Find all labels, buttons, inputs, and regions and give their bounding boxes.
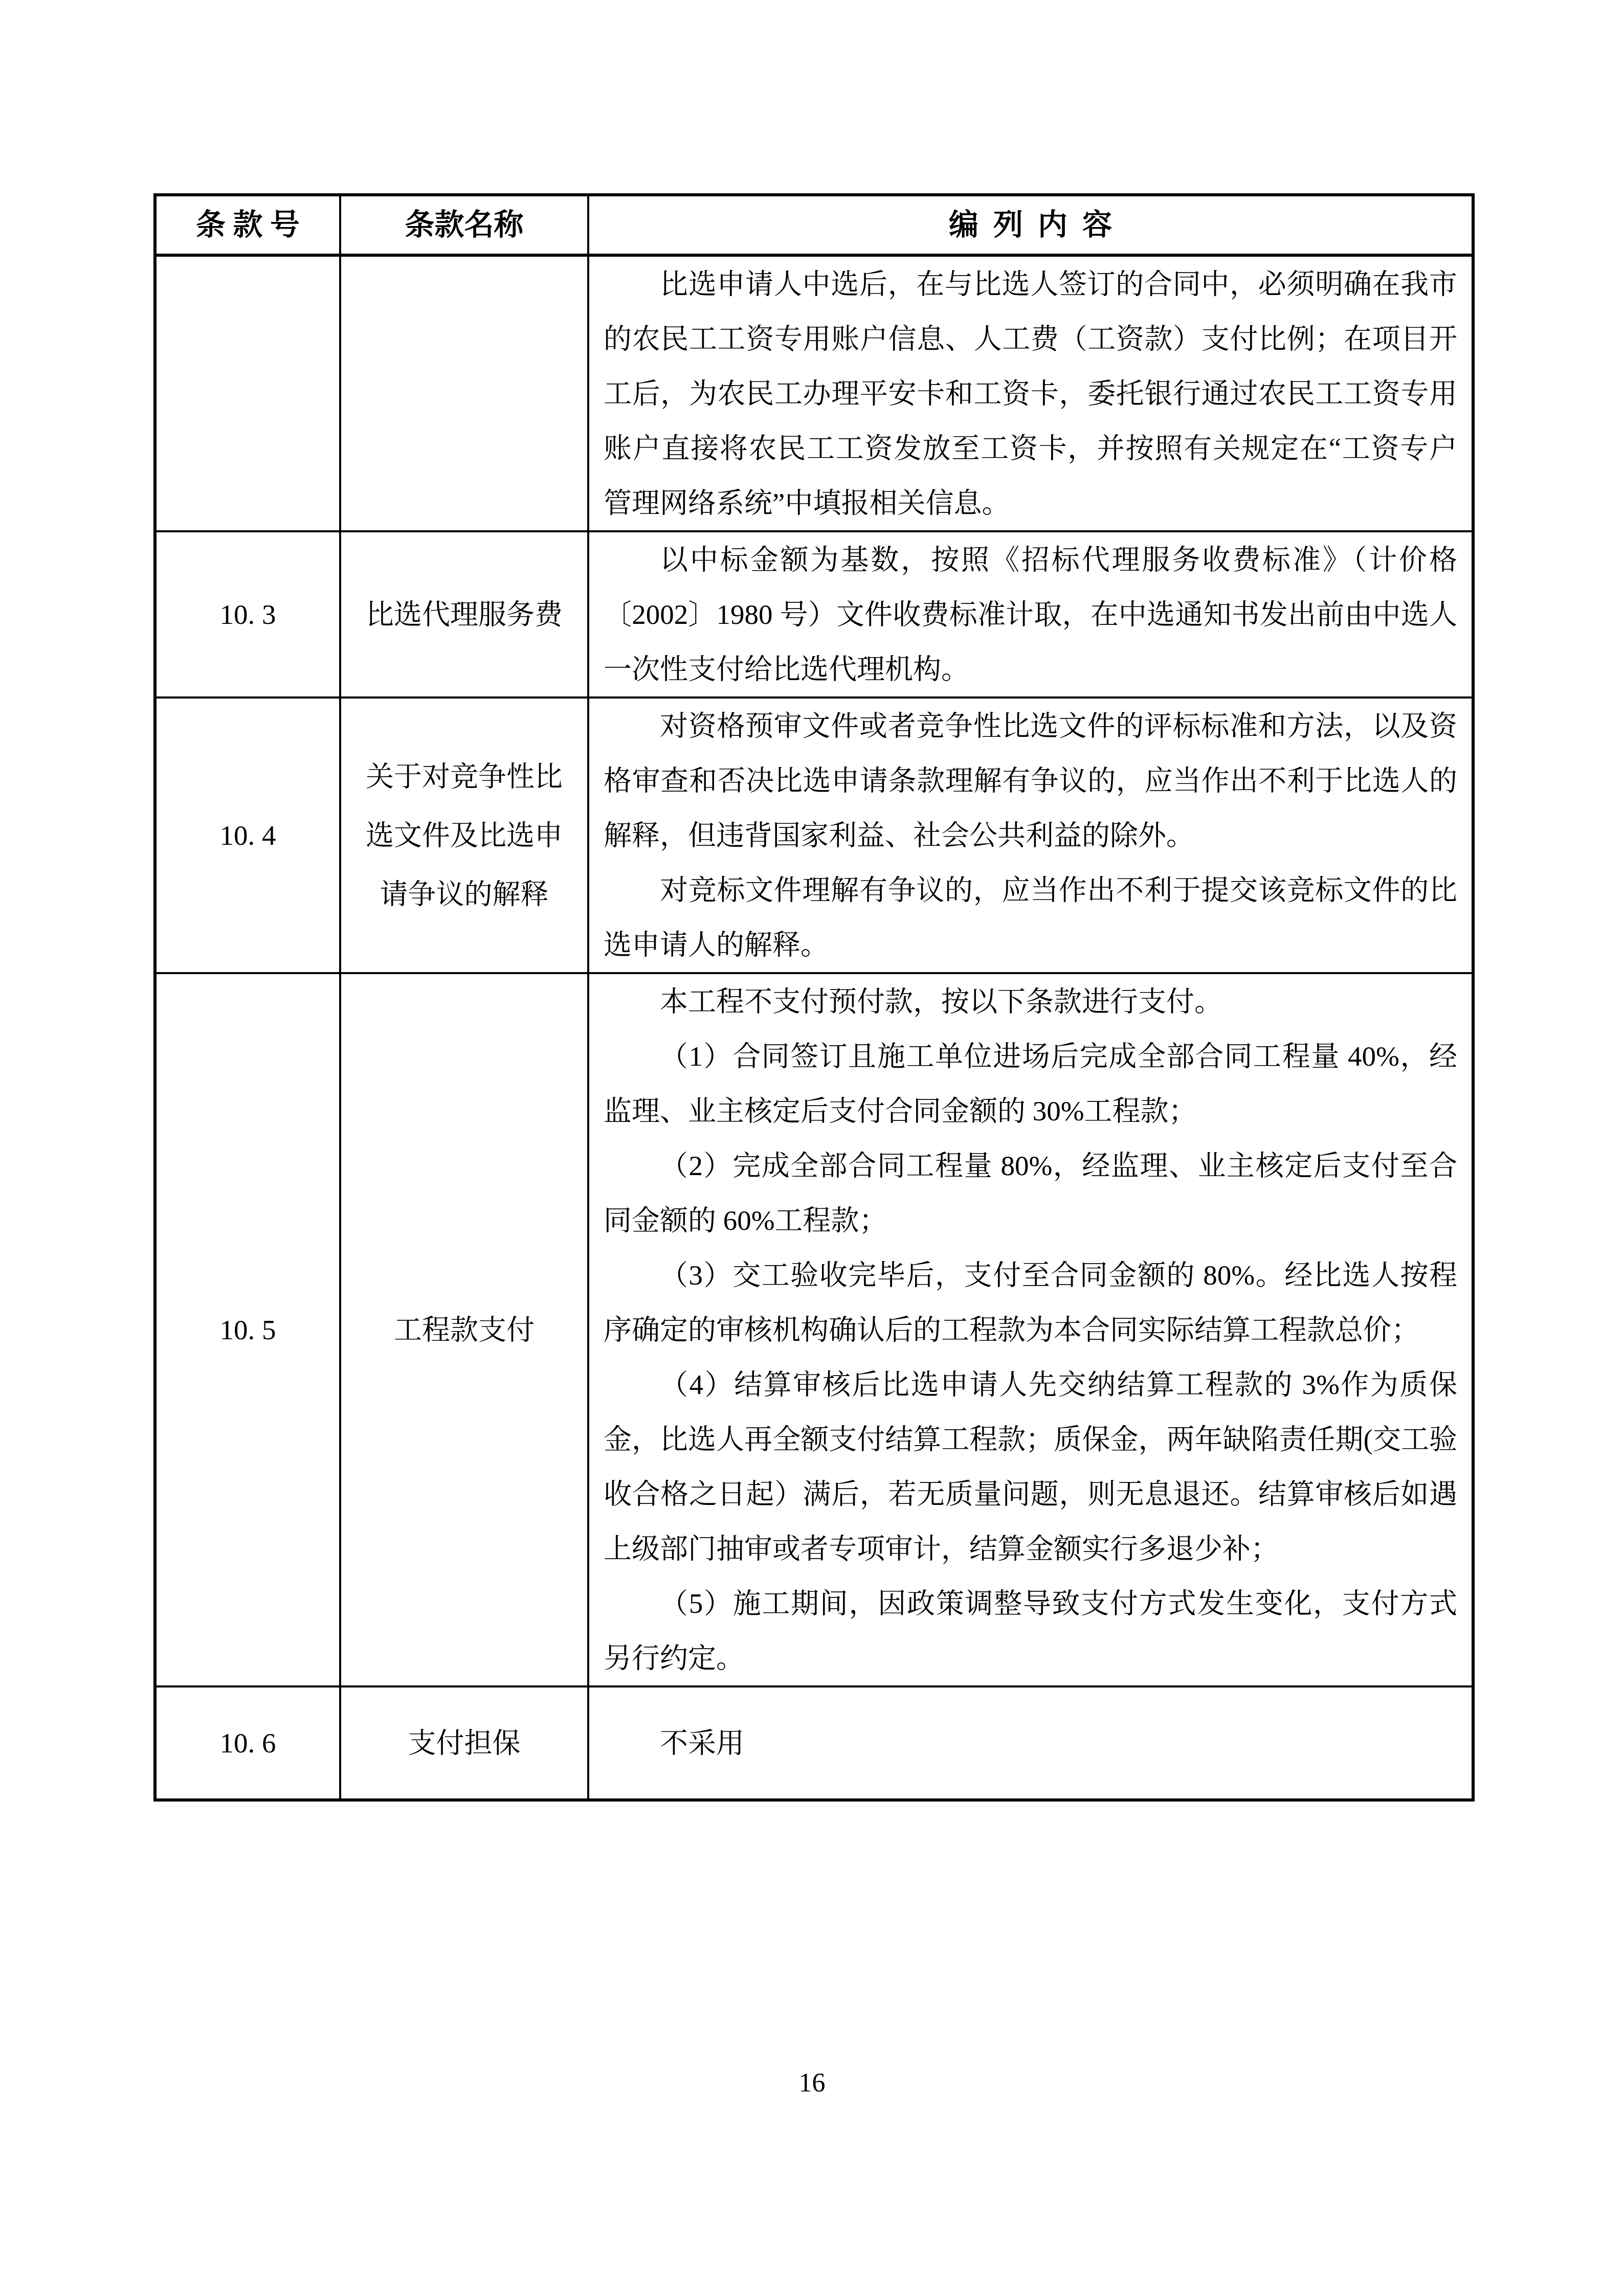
header-content: 编 列 内 容 — [588, 195, 1473, 255]
document-page: 条 款 号 条款名称 编 列 内 容 比选申请人中选后，在与比选人签订的合同中，… — [0, 0, 1624, 2296]
clause-name-cell: 关于对竞争性比选文件及比选申请争议的解释 — [340, 697, 588, 973]
clause-content-cell: 比选申请人中选后，在与比选人签订的合同中，必须明确在我市的农民工工资专用账户信息… — [588, 255, 1473, 531]
clause-name-cell: 工程款支付 — [340, 973, 588, 1686]
content-paragraph: （1）合同签订且施工单位进场后完成全部合同工程量 40%，经监理、业主核定后支付… — [604, 1029, 1457, 1138]
content-paragraph: 不采用 — [604, 1716, 1457, 1770]
clause-no-cell: 10. 6 — [155, 1686, 340, 1800]
content-paragraph: 比选申请人中选后，在与比选人签订的合同中，必须明确在我市的农民工工资专用账户信息… — [604, 257, 1457, 530]
clause-no-cell: 10. 3 — [155, 531, 340, 697]
clause-content-cell: 以中标金额为基数，按照《招标代理服务收费标准》（计价格〔2002〕1980 号）… — [588, 531, 1473, 697]
table-row: 10. 5 工程款支付 本工程不支付预付款，按以下条款进行支付。 （1）合同签订… — [155, 973, 1473, 1686]
content-paragraph: 本工程不支付预付款，按以下条款进行支付。 — [604, 974, 1457, 1029]
content-paragraph: （3）交工验收完毕后，支付至合同金额的 80%。经比选人按程序确定的审核机构确认… — [604, 1248, 1457, 1357]
clause-no-cell: 10. 5 — [155, 973, 340, 1686]
clause-no-cell: 10. 4 — [155, 697, 340, 973]
header-clause-no: 条 款 号 — [155, 195, 340, 255]
content-paragraph: 对竞标文件理解有争议的，应当作出不利于提交该竞标文件的比选申请人的解释。 — [604, 863, 1457, 972]
table-row: 10. 4 关于对竞争性比选文件及比选申请争议的解释 对资格预审文件或者竞争性比… — [155, 697, 1473, 973]
content-paragraph: （2）完成全部合同工程量 80%，经监理、业主核定后支付至合同金额的 60%工程… — [604, 1138, 1457, 1248]
clause-name-cell: 比选代理服务费 — [340, 531, 588, 697]
table-row: 10. 3 比选代理服务费 以中标金额为基数，按照《招标代理服务收费标准》（计价… — [155, 531, 1473, 697]
clause-name-cell: 支付担保 — [340, 1686, 588, 1800]
clauses-table: 条 款 号 条款名称 编 列 内 容 比选申请人中选后，在与比选人签订的合同中，… — [153, 193, 1475, 1802]
page-number: 16 — [0, 2068, 1624, 2099]
clause-no-cell — [155, 255, 340, 531]
table-header-row: 条 款 号 条款名称 编 列 内 容 — [155, 195, 1473, 255]
content-paragraph: （5）施工期间，因政策调整导致支付方式发生变化，支付方式另行约定。 — [604, 1576, 1457, 1685]
clause-content-cell: 对资格预审文件或者竞争性比选文件的评标标准和方法，以及资格审查和否决比选申请条款… — [588, 697, 1473, 973]
header-clause-name: 条款名称 — [340, 195, 588, 255]
content-paragraph: 以中标金额为基数，按照《招标代理服务收费标准》（计价格〔2002〕1980 号）… — [604, 532, 1457, 696]
table-row: 10. 6 支付担保 不采用 — [155, 1686, 1473, 1800]
clause-content-cell: 不采用 — [588, 1686, 1473, 1800]
clause-name-cell — [340, 255, 588, 531]
content-paragraph: （4）结算审核后比选申请人先交纳结算工程款的 3%作为质保金，比选人再全额支付结… — [604, 1357, 1457, 1576]
clause-content-cell: 本工程不支付预付款，按以下条款进行支付。 （1）合同签订且施工单位进场后完成全部… — [588, 973, 1473, 1686]
content-paragraph: 对资格预审文件或者竞争性比选文件的评标标准和方法，以及资格审查和否决比选申请条款… — [604, 699, 1457, 863]
table-row: 比选申请人中选后，在与比选人签订的合同中，必须明确在我市的农民工工资专用账户信息… — [155, 255, 1473, 531]
